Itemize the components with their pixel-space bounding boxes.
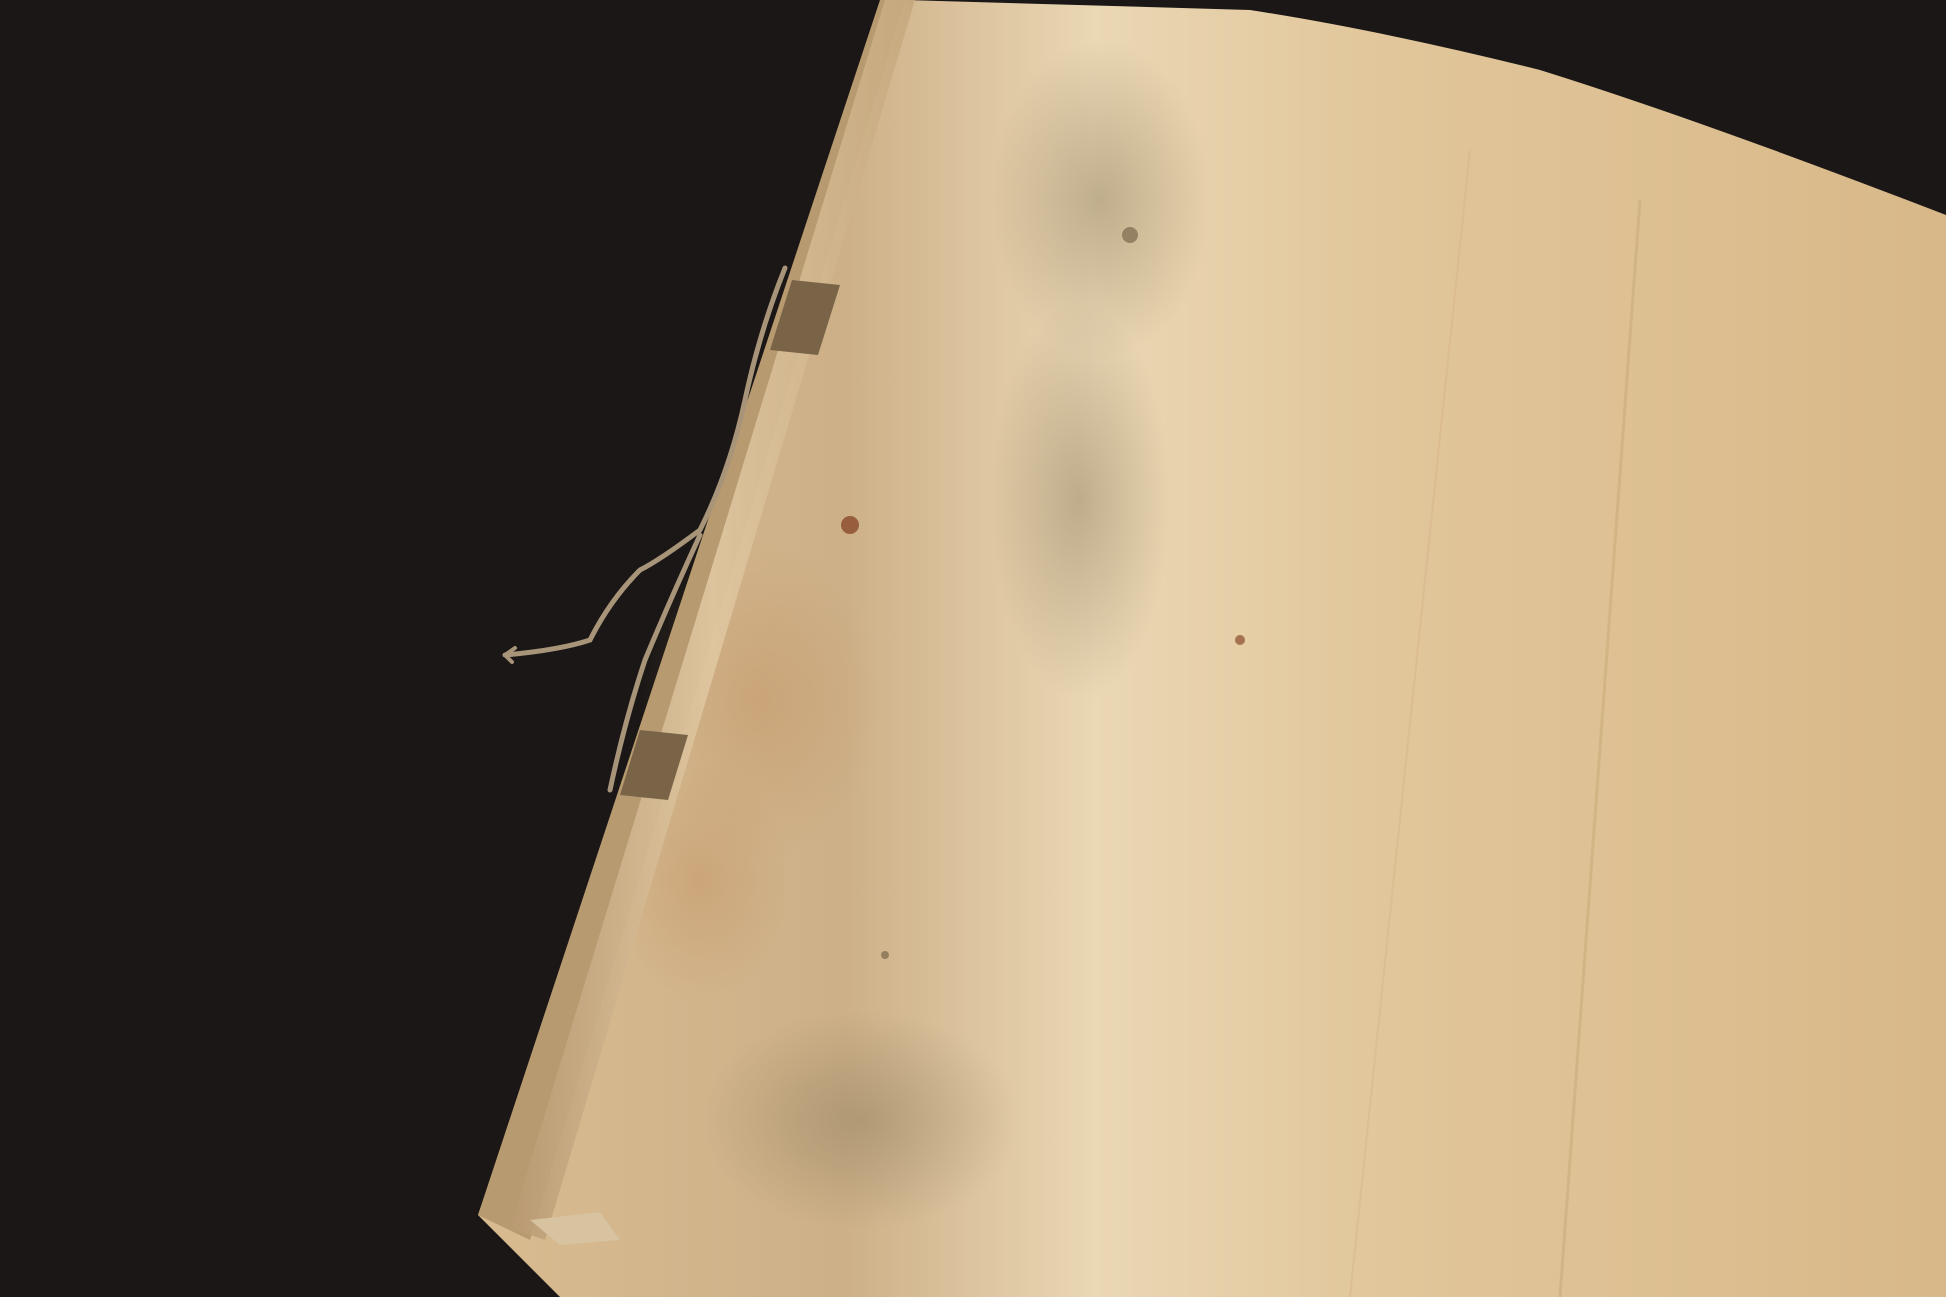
photo-scene [0, 0, 1946, 1297]
book-illustration [0, 0, 1946, 1297]
